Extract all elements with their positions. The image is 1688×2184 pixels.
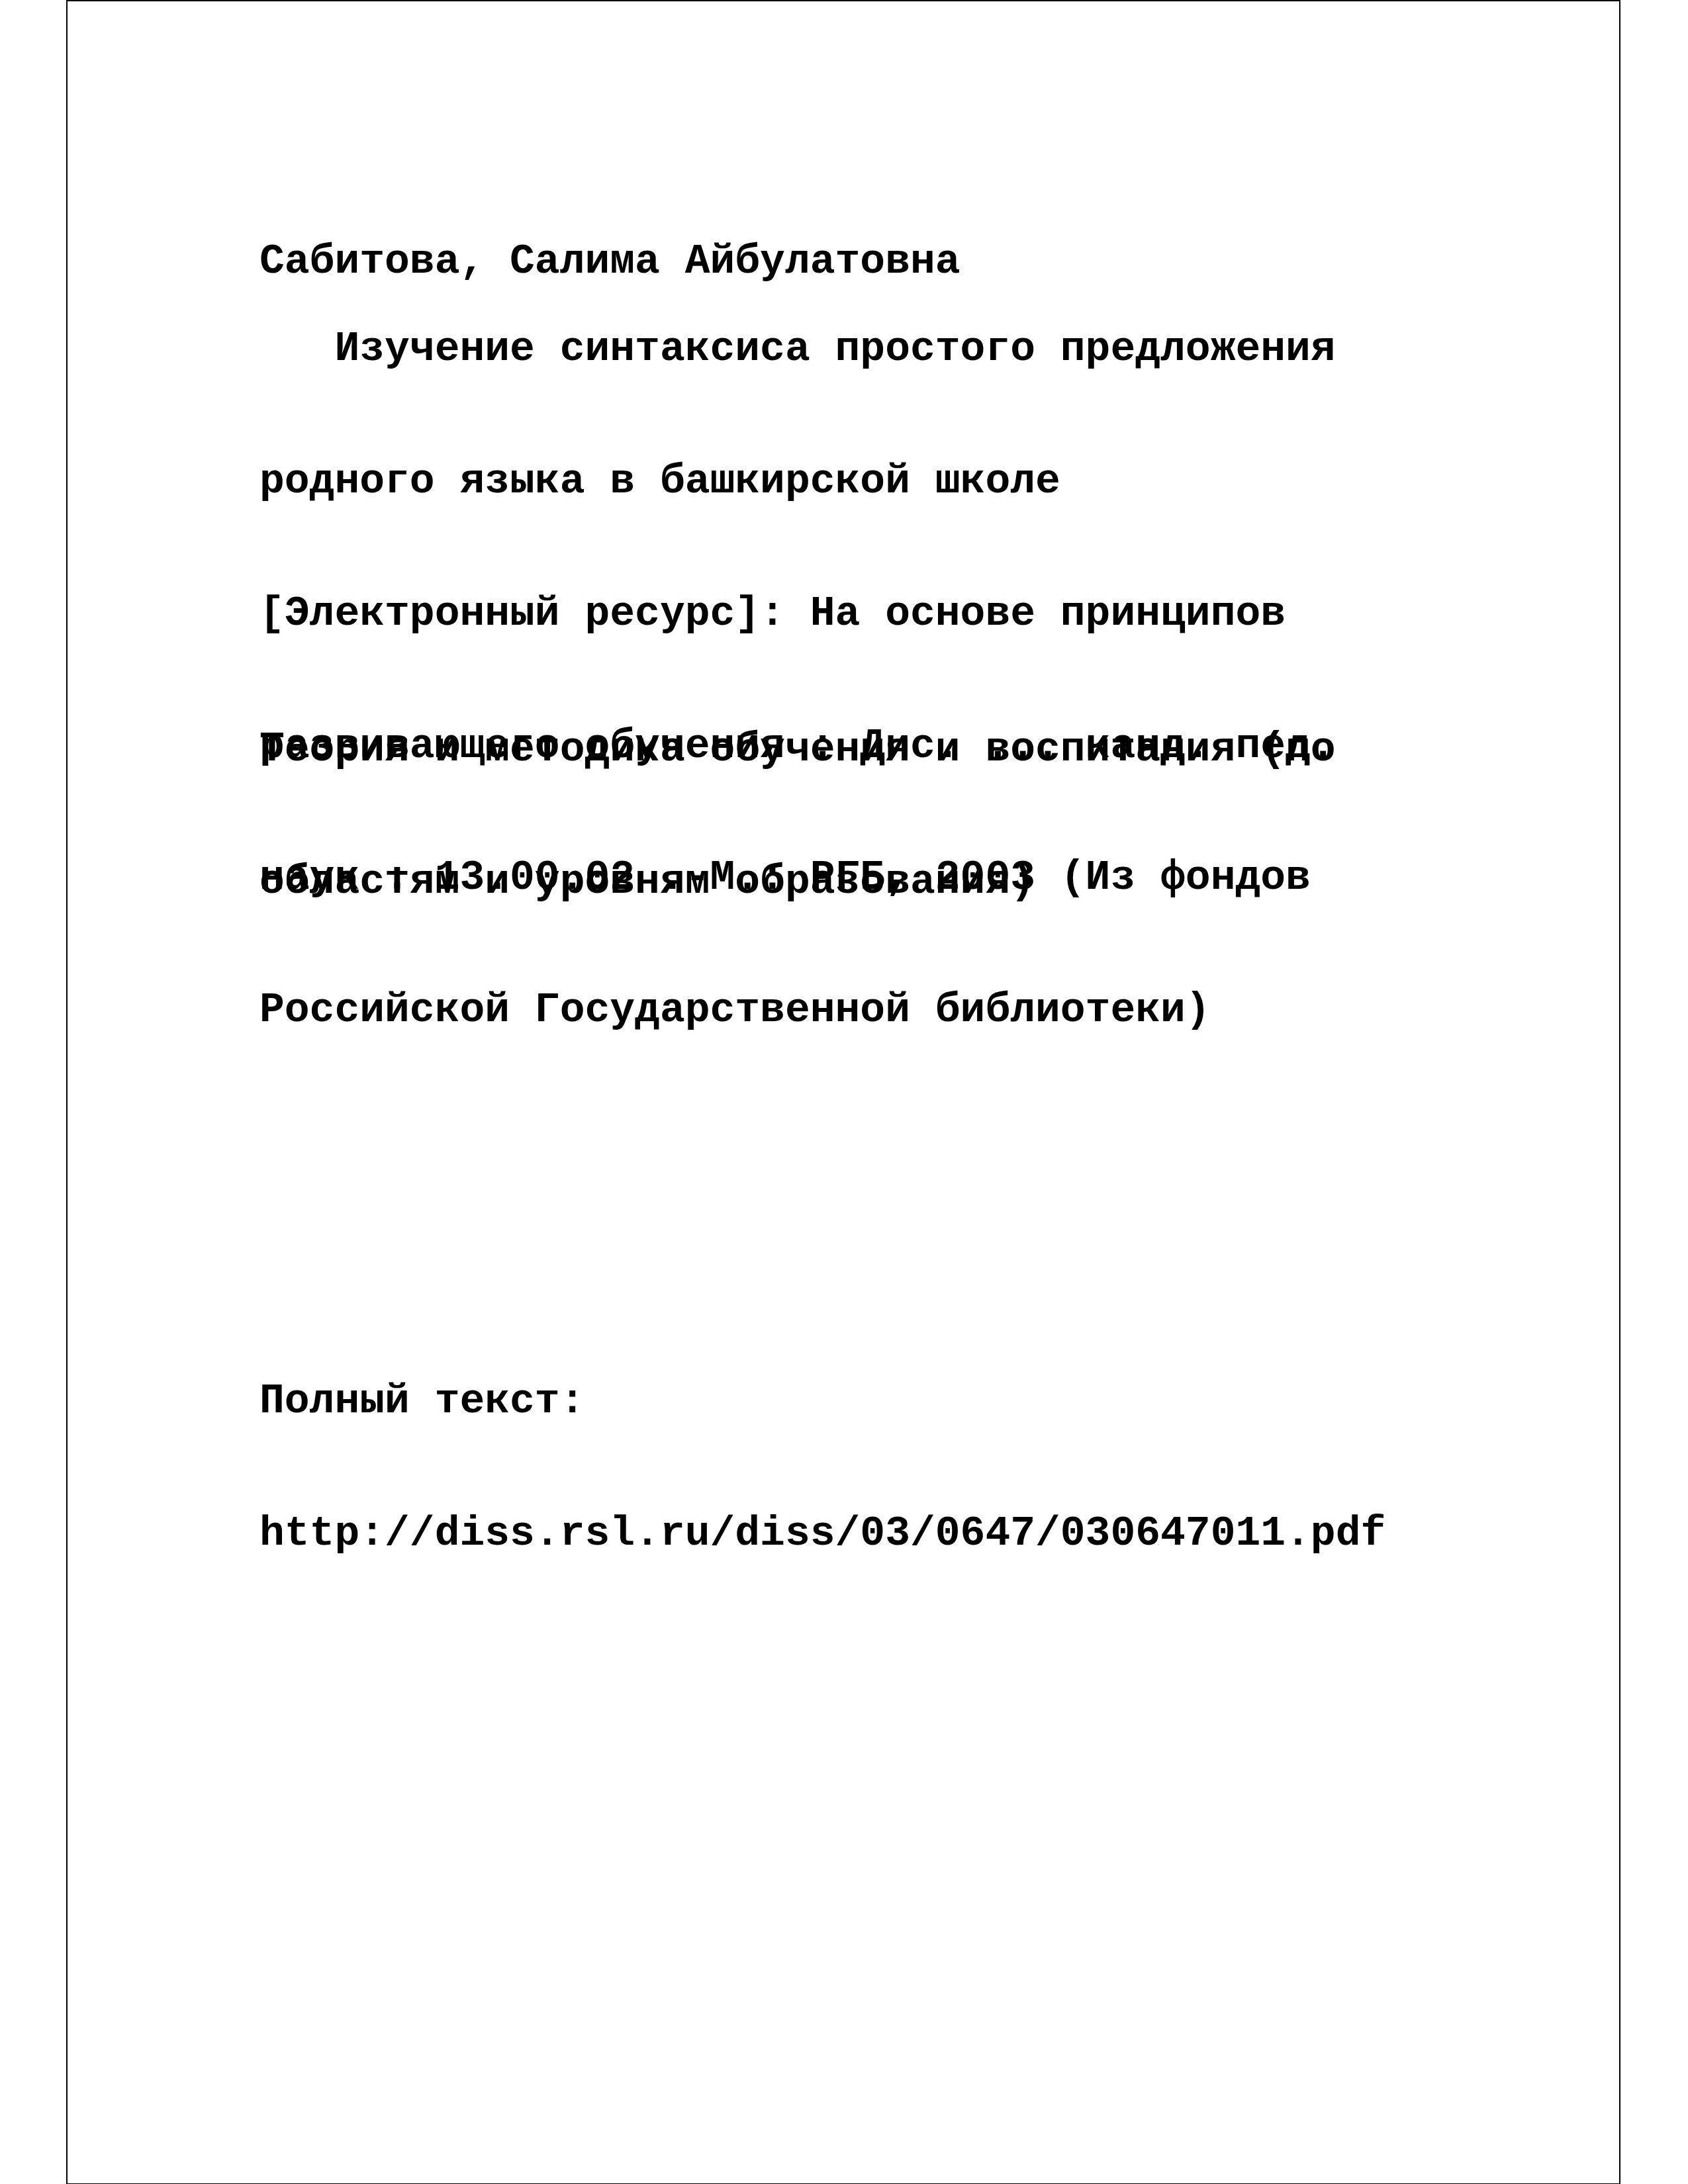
fulltext-url-link[interactable]: http://diss.rsl.ru/diss/03/0647/03064701… — [259, 1512, 1385, 1557]
fulltext-label: Полный текст: — [259, 1380, 1385, 1424]
subject-line: Теория и методика обучения и воспитания … — [259, 728, 1336, 772]
title-line: Российской Государственной библиотеки) — [259, 989, 1336, 1033]
title-line: [Электронный ресурс]: На основе принципо… — [259, 592, 1336, 637]
document-page: Сабитова, Салима Айбулатовна Изучение си… — [66, 0, 1620, 2184]
title-line: Изучение синтаксиса простого предложения — [259, 328, 1336, 372]
fulltext-section: Полный текст: http://diss.rsl.ru/diss/03… — [259, 1292, 1385, 1645]
subject-line: областям и уровням образования) — [259, 860, 1336, 905]
title-line: родного языка в башкирской школе — [259, 460, 1336, 504]
subject-classification: Теория и методика обучения и воспитания … — [259, 640, 1336, 993]
